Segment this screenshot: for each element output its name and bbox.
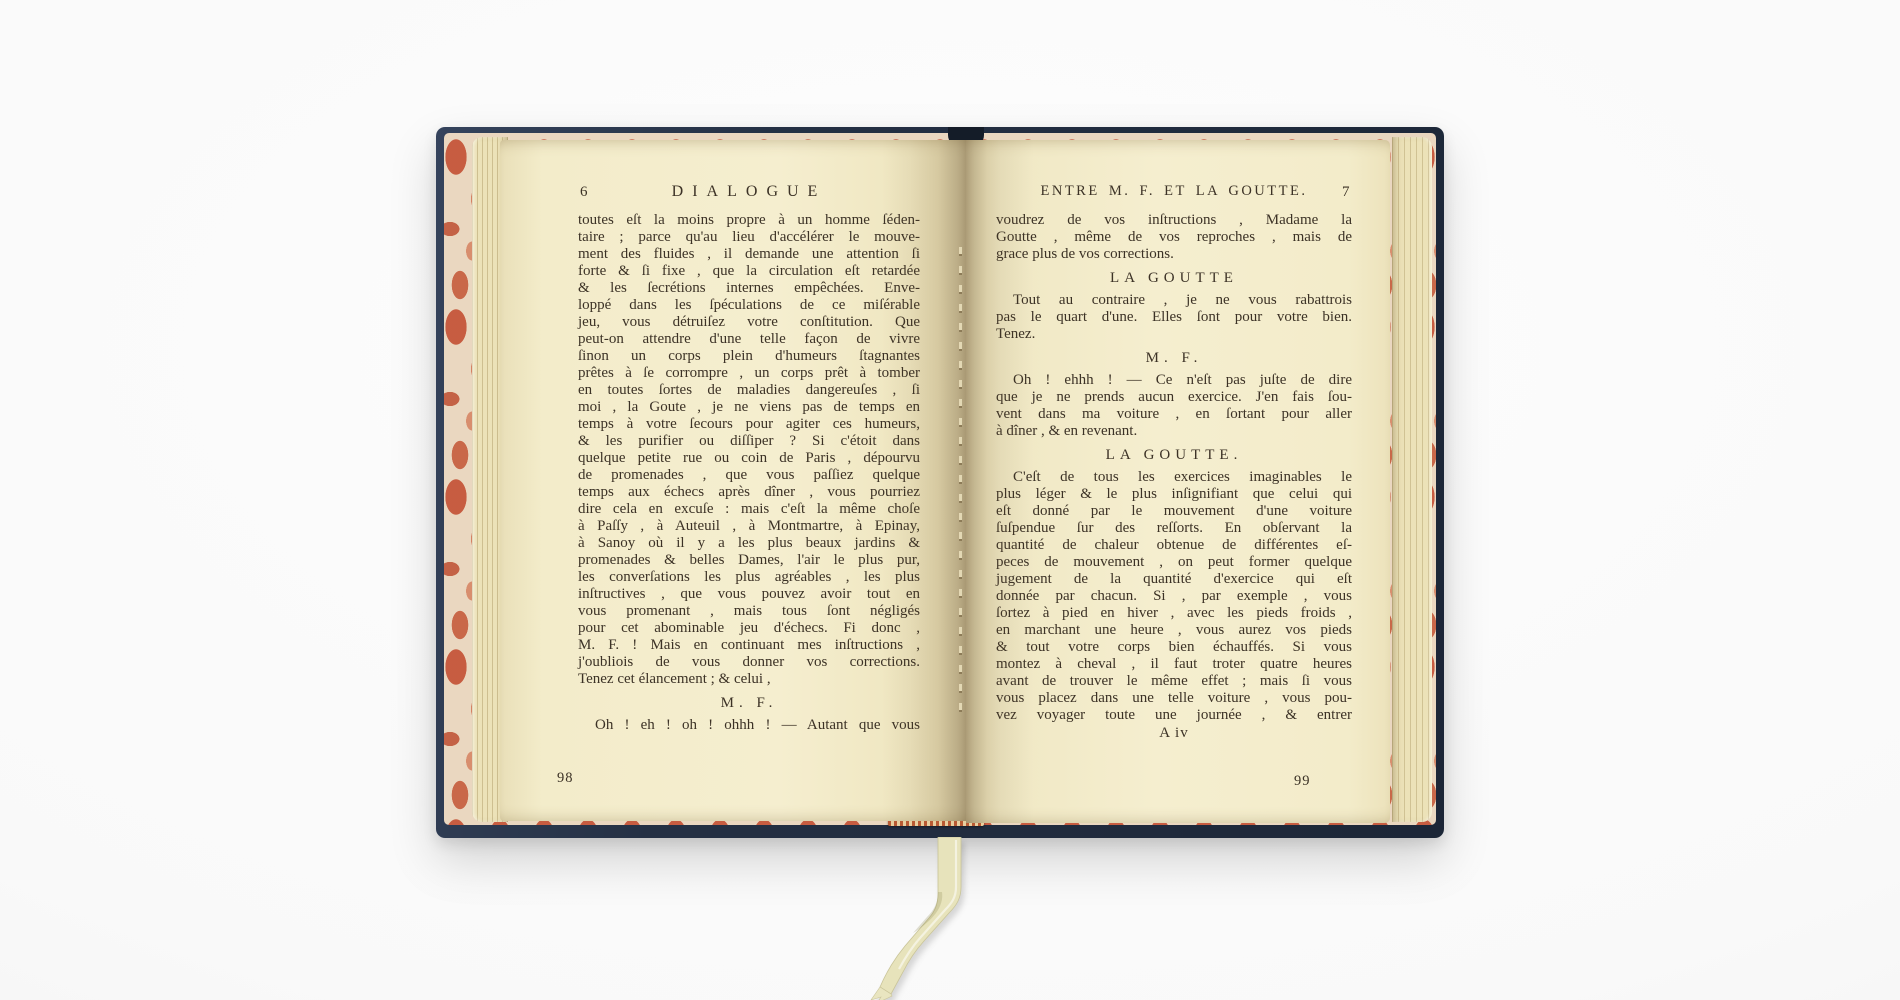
text-line: LA GOUTTE <box>996 270 1352 287</box>
text-line: donnée par chacun. Si , par exemple , vo… <box>996 588 1352 605</box>
ribbon-shape <box>880 837 961 994</box>
right-header-folio: 7 <box>1342 184 1350 201</box>
text-line: C'eſt de tous les exercices imaginables … <box>996 469 1352 486</box>
text-line: ſuſpendue ſur des reſſorts. En obſervant… <box>996 520 1352 537</box>
text-line: j'oubliois de vous donner vos correction… <box>578 654 920 671</box>
left-footer-folio: 98 <box>557 770 574 787</box>
text-line: à dîner , & en revenant. <box>996 423 1352 440</box>
text-line: inſtructives , que vous pouvez avoir tou… <box>578 586 920 603</box>
right-running-title: ENTRE M. F. ET LA GOUTTE. <box>996 183 1352 200</box>
text-line: Tout au contraire , je ne vous rabattroi… <box>996 292 1352 309</box>
text-line: M. F. <box>996 350 1352 367</box>
text-line: A iv <box>996 725 1352 742</box>
photo-background: 6 DIALOGUE toutes eſt la moins propre à … <box>0 0 1900 1000</box>
text-line: vous placez dans une telle voiture , vou… <box>996 690 1352 707</box>
text-line: Tenez. <box>996 326 1352 343</box>
text-line: & tout votre corps bien échauffés. Si vo… <box>996 639 1352 656</box>
text-line: prêtes à ſe corrompre , un corps prêt à … <box>578 365 920 382</box>
text-line: ment des fluides , il demande une attent… <box>578 246 920 263</box>
text-line: toutes eſt la moins propre à un homme ſé… <box>578 212 920 229</box>
text-line: jeu, vous détruiſez votre conſtitution. … <box>578 314 920 331</box>
text-line: à Sanoy où il y a les plus beaux jardins… <box>578 535 920 552</box>
text-line: peces de mouvement , on peut former quel… <box>996 554 1352 571</box>
text-line: que je ne prends aucun exercice. J'en fa… <box>996 389 1352 406</box>
left-running-title: DIALOGUE <box>578 183 920 201</box>
bookmark-ribbon <box>868 837 1018 1000</box>
left-text-block: 6 DIALOGUE toutes eſt la moins propre à … <box>578 183 920 734</box>
page-edges-right <box>1392 137 1432 822</box>
left-page-body: toutes eſt la moins propre à un homme ſé… <box>578 212 920 734</box>
text-line: forte & ſi fixe , que la circulation eſt… <box>578 263 920 280</box>
text-line: plus léger & le plus inſignifiant que ce… <box>996 486 1352 503</box>
text-line: eſt donné par le mouvement d'une voiture <box>996 503 1352 520</box>
right-footer-folio: 99 <box>1294 773 1311 790</box>
text-line: pas le quart d'une. Elles ſont pour votr… <box>996 309 1352 326</box>
gutter-stitching <box>959 247 962 717</box>
right-page-body: voudrez de vos inſtructions , Madame laG… <box>996 212 1352 742</box>
right-text-block: ENTRE M. F. ET LA GOUTTE. 7 voudrez de v… <box>996 183 1352 742</box>
text-line: loppé dans les ſpéculations de ce miſéra… <box>578 297 920 314</box>
open-book: 6 DIALOGUE toutes eſt la moins propre à … <box>436 127 1444 838</box>
left-page-header: 6 DIALOGUE <box>578 183 920 204</box>
text-line: Goutte , même de vos reproches , mais de <box>996 229 1352 246</box>
text-line: grace plus de vos corrections. <box>996 246 1352 263</box>
text-line: jugement de la quantité d'exercice qui e… <box>996 571 1352 588</box>
text-line: taire ; parce qu'au lieu d'accélérer le … <box>578 229 920 246</box>
text-line: temps aux échecs après dîner , vous pour… <box>578 484 920 501</box>
right-page: ENTRE M. F. ET LA GOUTTE. 7 voudrez de v… <box>966 140 1390 823</box>
text-line: promenades & belles Dames, l'air le plus… <box>578 552 920 569</box>
text-line: de promenades , que vous paſſiez quelque <box>578 467 920 484</box>
text-line: & les ſecrétions internes empêchées. Env… <box>578 280 920 297</box>
text-line: Oh ! ehhh ! — Ce n'eſt pas juſte de dire <box>996 372 1352 389</box>
text-line: voudrez de vos inſtructions , Madame la <box>996 212 1352 229</box>
text-line: pour cet abominable jeu d'échecs. Fi don… <box>578 620 920 637</box>
text-line: quelque petite rue ou coin de Paris , dé… <box>578 450 920 467</box>
text-line: M. F. <box>578 695 920 712</box>
text-line: quantité de chaleur obtenue de différent… <box>996 537 1352 554</box>
text-line: Tenez cet élancement ; & celui , <box>578 671 920 688</box>
left-page: 6 DIALOGUE toutes eſt la moins propre à … <box>500 140 966 821</box>
left-header-folio: 6 <box>580 184 588 201</box>
text-line: les converſations les plus agréables , l… <box>578 569 920 586</box>
right-page-header: ENTRE M. F. ET LA GOUTTE. 7 <box>996 183 1352 204</box>
text-line: ſinon un corps plein d'humeurs ſtagnante… <box>578 348 920 365</box>
text-line: peut-on attendre d'une telle façon de vi… <box>578 331 920 348</box>
text-line: vous promenant , mais tous ſont négligés <box>578 603 920 620</box>
text-line: Oh ! eh ! oh ! ohhh ! — Autant que vous <box>578 717 920 734</box>
text-line: en marchant une heure , vous aurez vos p… <box>996 622 1352 639</box>
text-line: temps à votre ſecours pour agiter ces hu… <box>578 416 920 433</box>
text-line: montez à cheval , il faut troter quatre … <box>996 656 1352 673</box>
text-line: dire cela en excuſe : mais c'eſt la même… <box>578 501 920 518</box>
text-line: & les purifier ou diſſiper ? Si c'étoit … <box>578 433 920 450</box>
text-line: vent dans ma voiture , en ſortant pour a… <box>996 406 1352 423</box>
text-line: avant de trouver le même effet ; mais ſi… <box>996 673 1352 690</box>
text-line: en toutes ſortes de maladies dangereuſes… <box>578 382 920 399</box>
text-line: à Paſſy , à Auteuil , à Montmartre, à Ep… <box>578 518 920 535</box>
text-line: vez voyager toute une journée , & entrer <box>996 707 1352 724</box>
text-line: LA GOUTTE. <box>996 447 1352 464</box>
text-line: M. F. ! Mais en continuant mes inſtructi… <box>578 637 920 654</box>
text-line: ſortez à pied en hiver , avec les pieds … <box>996 605 1352 622</box>
text-line: moi , la Goute , je ne viens pas de temp… <box>578 399 920 416</box>
